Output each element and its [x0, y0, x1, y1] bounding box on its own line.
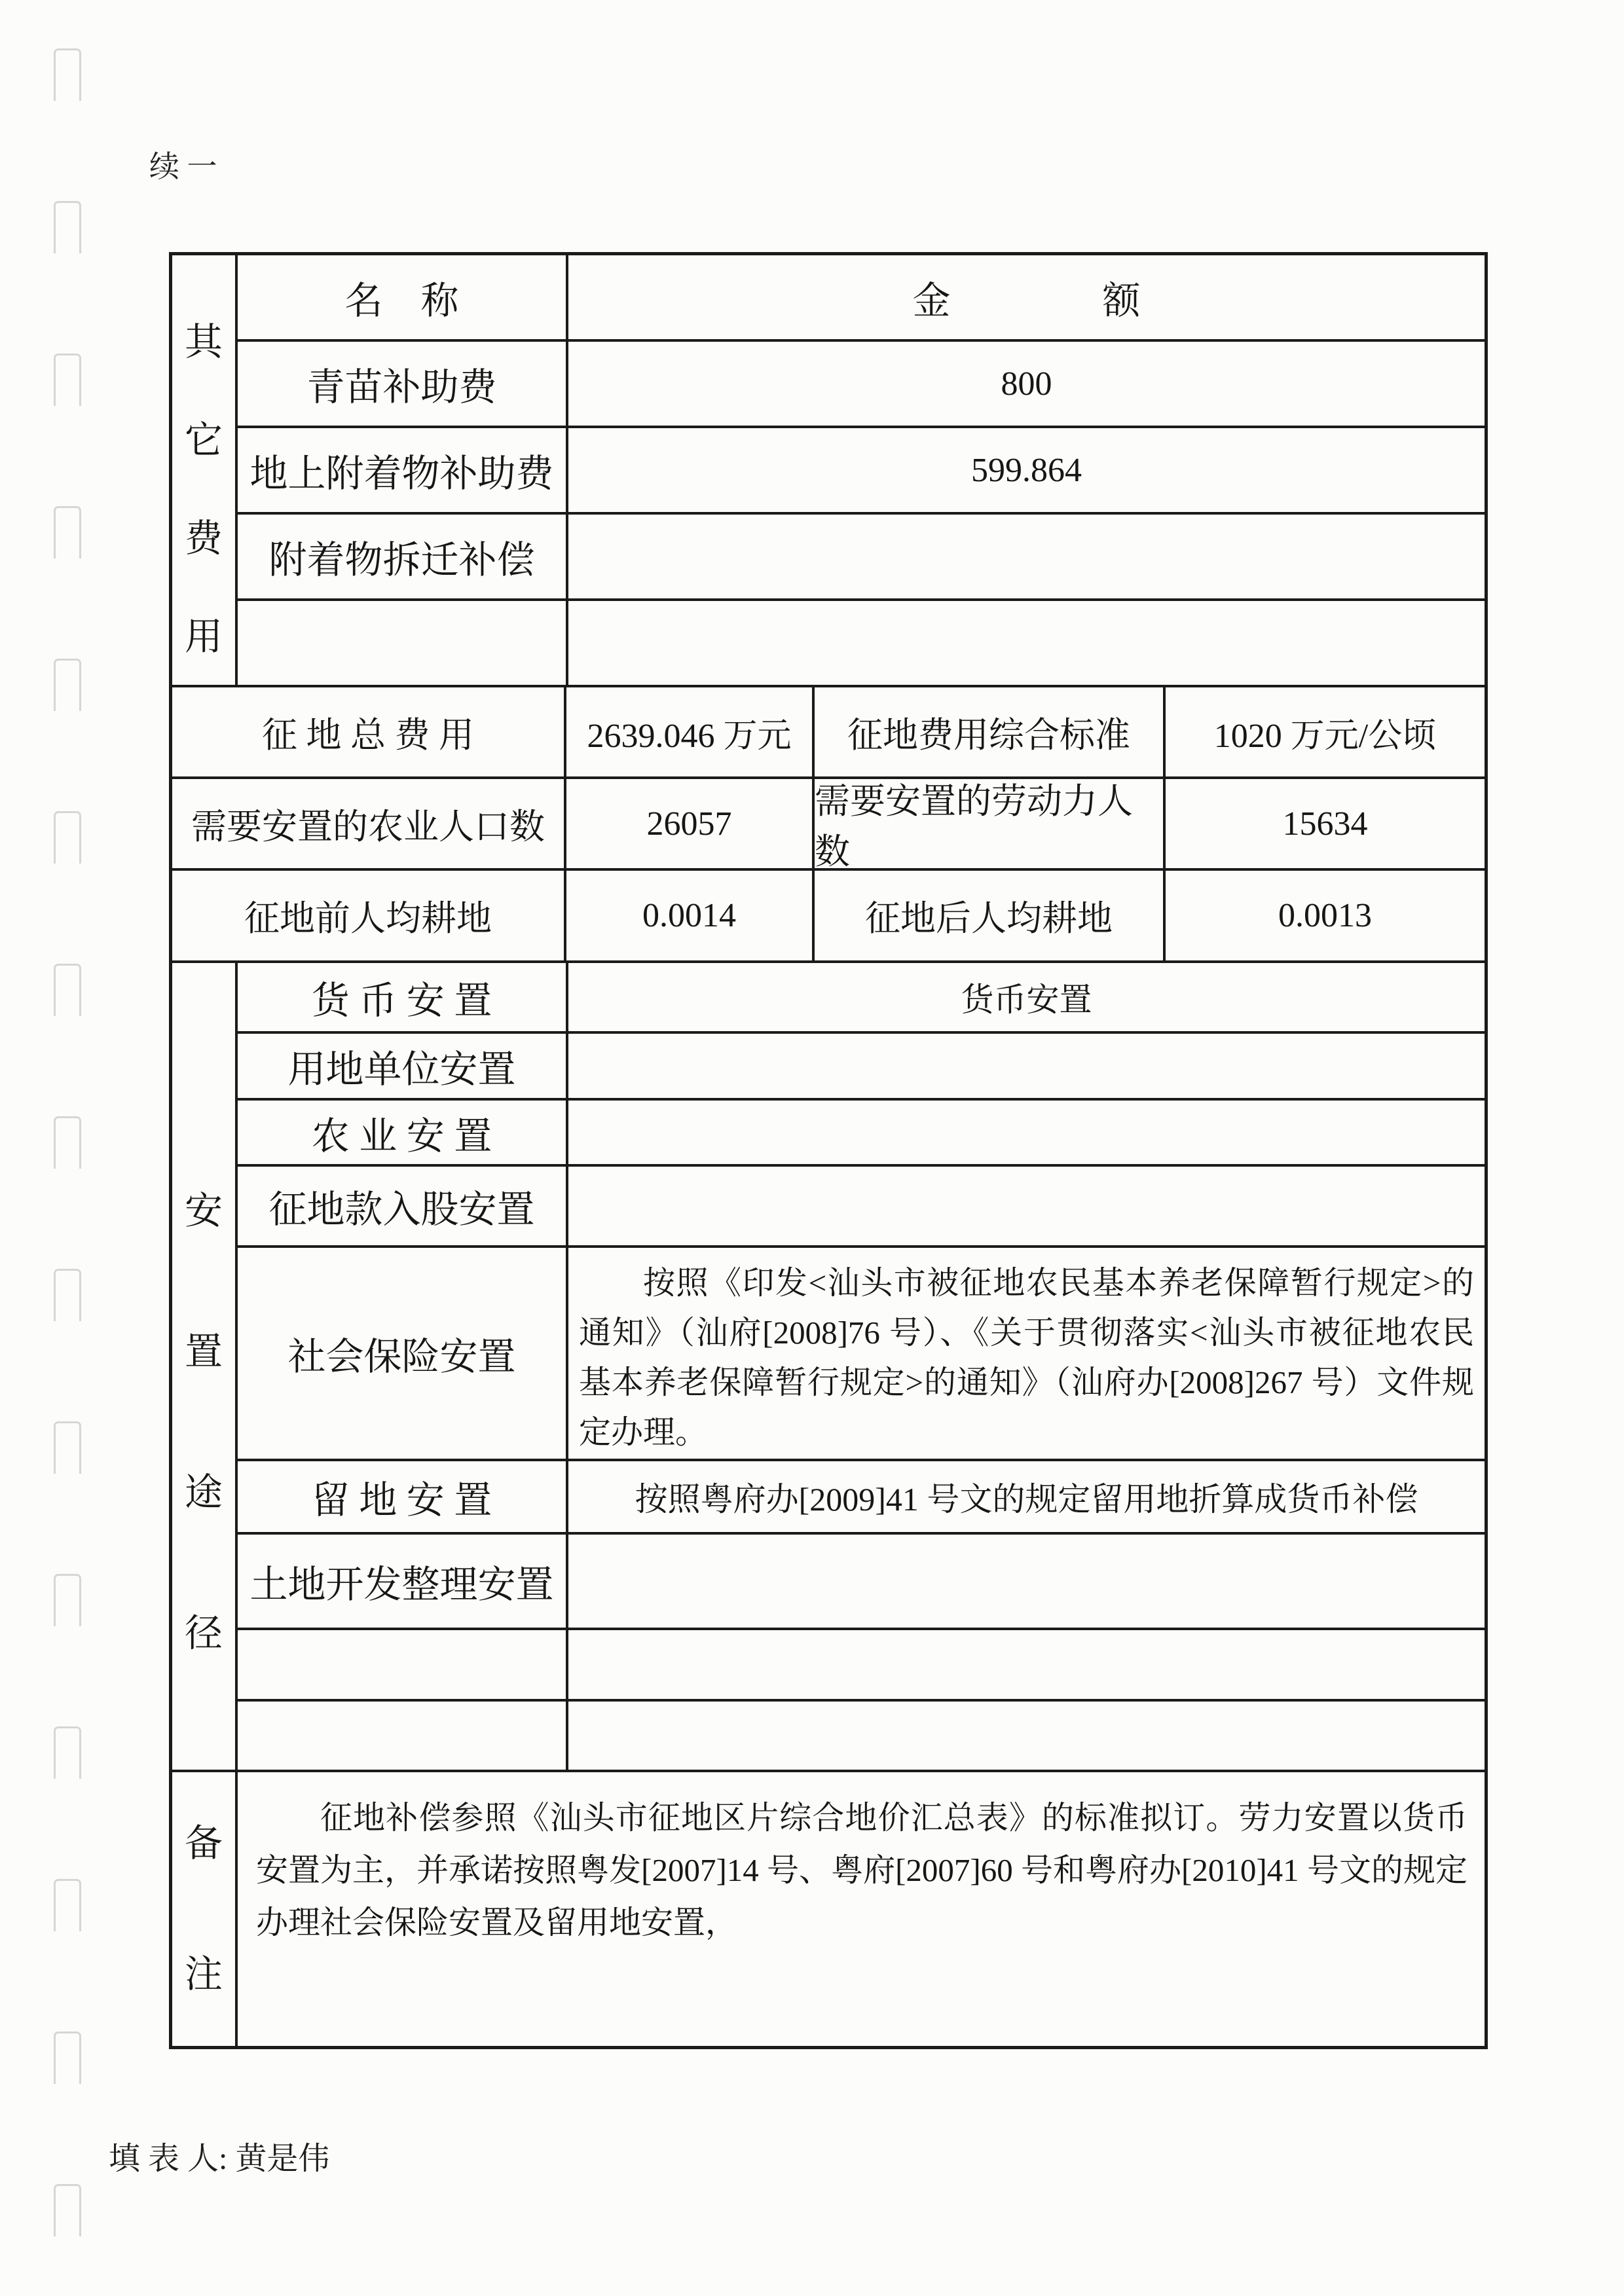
- reserved-land-resettlement-label: 留 地 安 置: [238, 1461, 568, 1535]
- land-user-resettlement-label: 用地单位安置: [238, 1034, 568, 1101]
- fee-amount-young-crops: 800: [568, 342, 1485, 428]
- resettlement-empty-row-label: [238, 1702, 568, 1772]
- binding-mark: [54, 1726, 81, 1779]
- monetary-resettlement-content: 货币安置: [568, 963, 1485, 1034]
- binding-mark: [54, 964, 81, 1016]
- agricultural-resettlement-content: [568, 1101, 1485, 1167]
- binding-mark: [54, 1421, 81, 1474]
- binding-mark: [54, 1879, 81, 1931]
- resettlement-empty-row-label: [238, 1630, 568, 1702]
- continuation-label: 续 一: [149, 143, 217, 186]
- labor-force-label: 需要安置的劳动力人数: [815, 779, 1166, 871]
- fee-name-ground-attachments: 地上附着物补助费: [238, 428, 568, 515]
- remarks-section: 备注 征地补偿参照《汕头市征地区片综合地价汇总表》的标准拟订。劳力安置以货币安置…: [172, 1772, 1485, 2046]
- binding-mark: [54, 48, 81, 101]
- fee-amount-ground-attachments: 599.864: [568, 428, 1485, 515]
- agricultural-population-label: 需要安置的农业人口数: [172, 779, 566, 871]
- social-insurance-resettlement-content: 按照《印发<汕头市被征地农民基本养老保障暂行规定>的通知》（汕府[2008]76…: [568, 1248, 1485, 1461]
- resettlement-empty-row-content: [568, 1630, 1485, 1702]
- binding-mark: [54, 2032, 81, 2084]
- labor-force-value: 15634: [1166, 779, 1485, 871]
- binding-mark: [54, 2184, 81, 2236]
- reserved-land-resettlement-content: 按照粤府办[2009]41 号文的规定留用地折算成货币补偿: [568, 1461, 1485, 1535]
- binding-mark: [54, 1574, 81, 1626]
- fee-name-attachment-demolition: 附着物拆迁补偿: [238, 515, 568, 601]
- binding-mark: [54, 1116, 81, 1169]
- fee-amount-attachment-demolition: [568, 515, 1485, 601]
- agricultural-resettlement-label: 农 业 安 置: [238, 1101, 568, 1167]
- fee-amount-empty: [568, 601, 1485, 687]
- land-development-resettlement-label: 土地开发整理安置: [238, 1535, 568, 1630]
- land-user-resettlement-content: [568, 1034, 1485, 1101]
- per-capita-farmland-after-label: 征地后人均耕地: [815, 871, 1166, 963]
- scanned-form-page: 续 一 其它费用 名 称 金 额 青苗补助费 800 地上附着物补助费 599.…: [0, 0, 1624, 2296]
- binding-mark: [54, 506, 81, 558]
- equity-resettlement-content: [568, 1167, 1485, 1248]
- remarks-vertical-label-text: 备注: [183, 1778, 224, 2040]
- equity-resettlement-label: 征地款入股安置: [238, 1167, 568, 1248]
- resettlement-empty-row-content: [568, 1702, 1485, 1772]
- per-capita-farmland-before-label: 征地前人均耕地: [172, 871, 566, 963]
- monetary-resettlement-label: 货 币 安 置: [238, 963, 568, 1034]
- remarks-content: 征地补偿参照《汕头市征地区片综合地价汇总表》的标准拟订。劳力安置以货币安置为主，…: [238, 1772, 1485, 2046]
- form-filler-signature: 填 表 人: 黄是伟: [109, 2133, 329, 2178]
- summary-section: 征 地 总 费 用 2639.046 万元 征地费用综合标准 1020 万元/公…: [172, 687, 1485, 963]
- fee-name-young-crops: 青苗补助费: [238, 342, 568, 428]
- binding-mark: [54, 1269, 81, 1321]
- land-acquisition-form-table: 其它费用 名 称 金 额 青苗补助费 800 地上附着物补助费 599.864 …: [169, 252, 1488, 2049]
- per-capita-farmland-before-value: 0.0014: [566, 871, 815, 963]
- social-insurance-resettlement-label: 社会保险安置: [238, 1248, 568, 1461]
- fee-name-empty: [238, 601, 568, 687]
- binding-mark: [54, 659, 81, 711]
- column-header-amount: 金 额: [568, 255, 1485, 342]
- land-development-resettlement-content: [568, 1535, 1485, 1630]
- other-fees-vertical-label: 其它费用: [172, 255, 238, 687]
- comprehensive-standard-label: 征地费用综合标准: [815, 687, 1166, 779]
- binding-mark: [54, 201, 81, 253]
- binding-mark: [54, 811, 81, 864]
- comprehensive-standard-value: 1020 万元/公顷: [1166, 687, 1485, 779]
- total-cost-value: 2639.046 万元: [566, 687, 815, 779]
- agricultural-population-value: 26057: [566, 779, 815, 871]
- remarks-vertical-label: 备注: [172, 1772, 238, 2046]
- per-capita-farmland-after-value: 0.0013: [1166, 871, 1485, 963]
- binding-mark: [54, 354, 81, 406]
- total-cost-label: 征 地 总 费 用: [172, 687, 566, 779]
- other-fees-vertical-label-text: 其它费用: [183, 293, 224, 686]
- other-fees-section: 其它费用 名 称 金 额 青苗补助费 800 地上附着物补助费 599.864 …: [172, 255, 1485, 687]
- resettlement-vertical-label-text: 安置途径: [183, 1140, 224, 1704]
- column-header-name: 名 称: [238, 255, 568, 342]
- resettlement-section: 安置途径 货 币 安 置 货币安置 用地单位安置 农 业 安 置 征地款入股安置…: [172, 963, 1485, 1772]
- resettlement-vertical-label: 安置途径: [172, 963, 238, 1772]
